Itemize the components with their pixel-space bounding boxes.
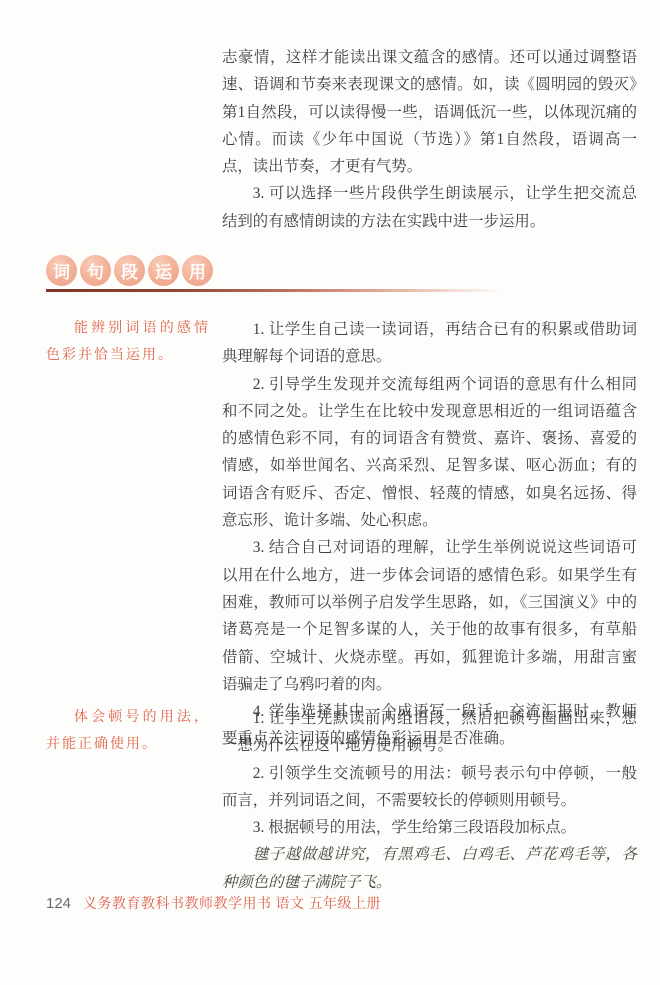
learning-goal-note: 体会顿号的用法，并能正确使用。: [46, 705, 210, 758]
example-sentence: 毽子越做越讲究，有黑鸡毛、白鸡毛、芦花鸡毛等，各种颜色的毽子满院子飞。: [222, 841, 637, 896]
title-char-badge: 段: [114, 255, 145, 286]
section-title: 词 句 段 运 用: [46, 255, 637, 286]
book-title: 义务教育教科书教师教学用书 语文 五年级上册: [83, 893, 381, 913]
content-block-words: 能辨别词语的感情色彩并恰当运用。 1. 让学生自己读一读词语，再结合已有的积累或…: [46, 316, 637, 753]
margin-note-column: 能辨别词语的感情色彩并恰当运用。: [46, 316, 222, 753]
section-underline: [46, 289, 504, 292]
page-footer: 124 义务教育教科书教师教学用书 语文 五年级上册: [46, 893, 381, 913]
main-text-column: 1. 让学生先默读前两组语段，然后把顿号圈画出来，想一想为什么在这个地方使用顿号…: [222, 705, 637, 896]
paragraph: 1. 让学生自己读一读词语，再结合已有的积累或借助词典理解每个词语的意思。: [222, 316, 637, 371]
paragraph: 1. 让学生先默读前两组语段，然后把顿号圈画出来，想一想为什么在这个地方使用顿号…: [222, 705, 637, 760]
intro-text-block: 志豪情，这样才能读出课文蕴含的感情。还可以通过调整语速、语调和节奏来表现课文的感…: [222, 44, 637, 235]
paragraph: 3. 可以选择一些片段供学生朗读展示，让学生把交流总结到的有感情朗读的方法在实践…: [222, 180, 637, 235]
title-char-badge: 用: [182, 255, 213, 286]
margin-note-column: 体会顿号的用法，并能正确使用。: [46, 705, 222, 896]
paragraph: 3. 结合自己对词语的理解，让学生举例说说这些词语可以用在什么地方，进一步体会词…: [222, 534, 637, 698]
paragraph: 2. 引导学生发现并交流每组两个词语的意思有什么相同和不同之处。让学生在比较中发…: [222, 371, 637, 535]
paragraph: 志豪情，这样才能读出课文蕴含的感情。还可以通过调整语速、语调和节奏来表现课文的感…: [222, 44, 637, 180]
textbook-page: 志豪情，这样才能读出课文蕴含的感情。还可以通过调整语速、语调和节奏来表现课文的感…: [0, 0, 660, 985]
learning-goal-note: 能辨别词语的感情色彩并恰当运用。: [46, 316, 210, 369]
page-number: 124: [46, 895, 71, 912]
section-header: 词 句 段 运 用: [46, 255, 637, 292]
title-char-badge: 运: [148, 255, 179, 286]
paragraph: 2. 引领学生交流顿号的用法：顿号表示句中停顿，一般而言，并列词语之间，不需要较…: [222, 760, 637, 815]
title-char-badge: 句: [80, 255, 111, 286]
content-block-punctuation: 体会顿号的用法，并能正确使用。 1. 让学生先默读前两组语段，然后把顿号圈画出来…: [46, 705, 637, 896]
main-text-column: 1. 让学生自己读一读词语，再结合已有的积累或借助词典理解每个词语的意思。 2.…: [222, 316, 637, 753]
paragraph: 3. 根据顿号的用法，学生给第三段语段加标点。: [222, 814, 637, 841]
title-char-badge: 词: [46, 255, 77, 286]
